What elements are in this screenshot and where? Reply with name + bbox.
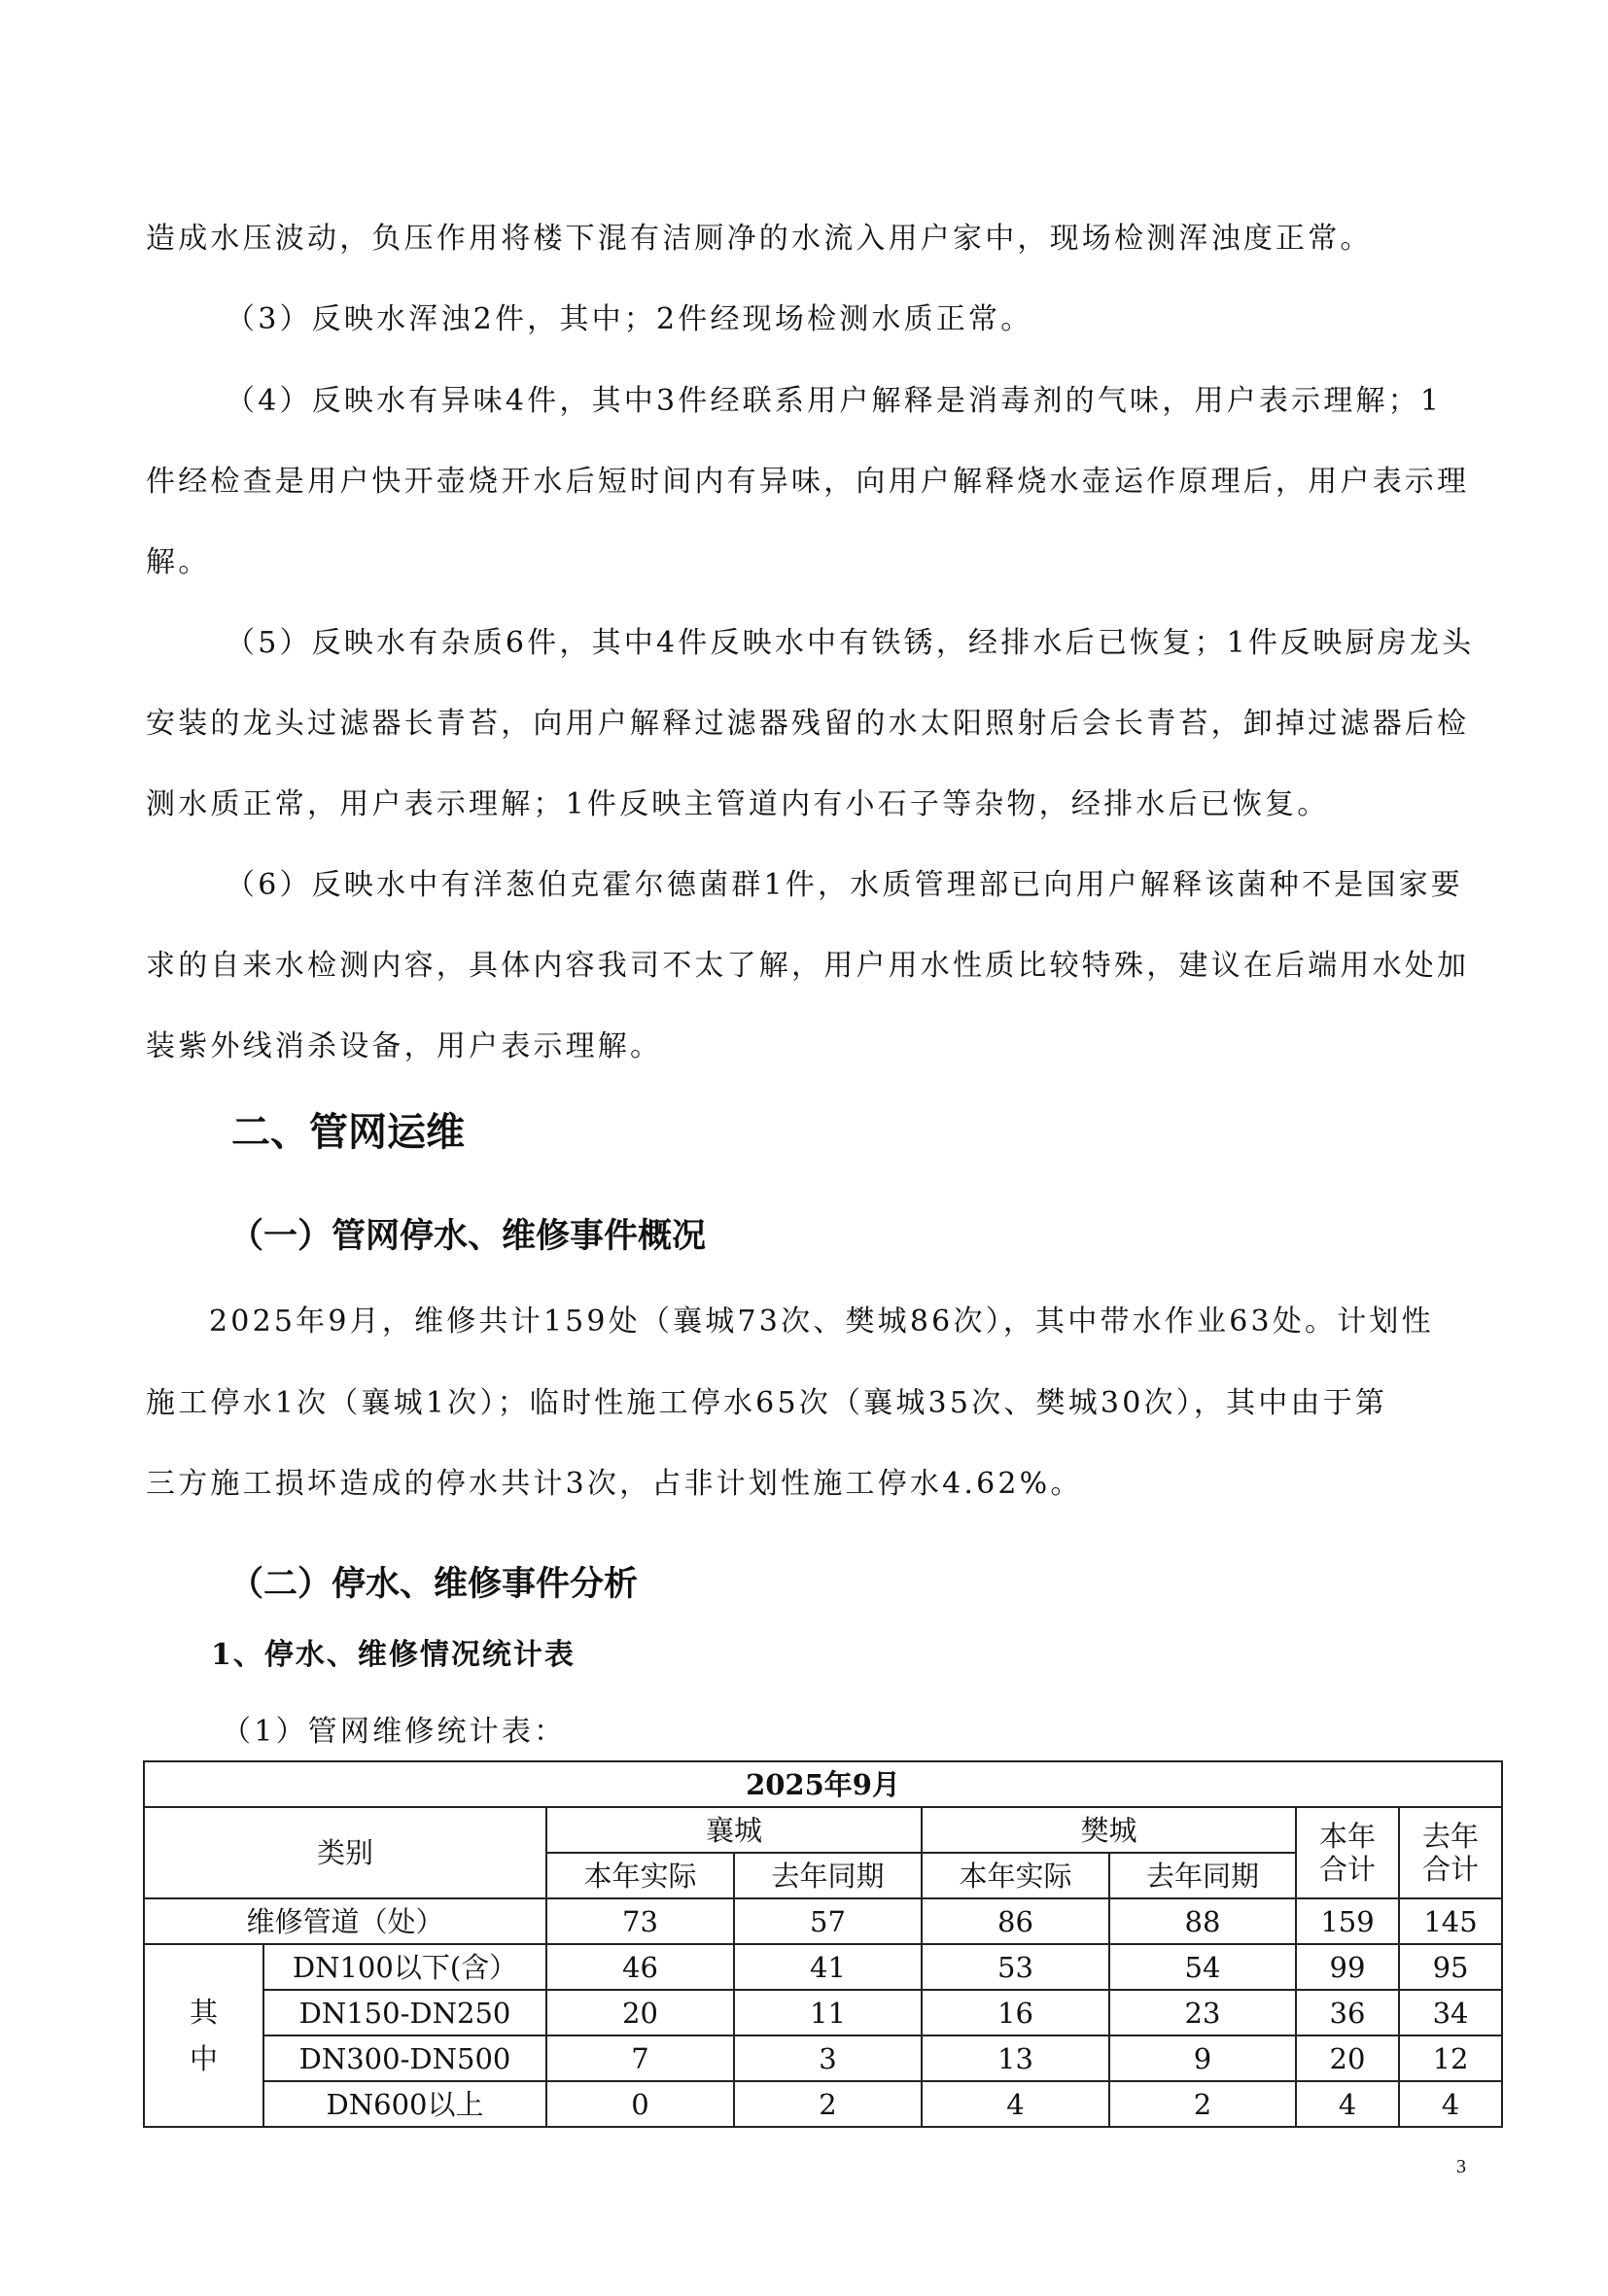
header-xc-this-year-actual: 本年实际 [546,1853,734,1898]
cell: 41 [734,1944,922,1990]
table-row: 其 中 DN100以下(含） 46 41 53 54 99 95 [144,1944,1502,1990]
cell: 145 [1399,1898,1502,1944]
table-row: DN150-DN250 20 11 16 23 36 34 [144,1990,1502,2035]
cell: 9 [1109,2035,1296,2081]
header-this-year-total: 本年 合计 [1296,1807,1399,1898]
cell: 86 [922,1898,1109,1944]
table-caption: （1）管网维修统计表： [222,1713,566,1752]
subsection-heading: （二）停水、维修事件分析 [229,1562,638,1607]
paragraph-line: 2025年9月，维修共计159处（襄城73次、樊城86次），其中带水作业63处。… [209,1303,1434,1341]
cell: 53 [922,1944,1109,1990]
header-category: 类别 [144,1807,546,1898]
cell: 11 [734,1990,922,2035]
paragraph-line: 造成水压波动，负压作用将楼下混有洁厕净的水流入用户家中，现场检测浑浊度正常。 [146,220,1373,259]
header-xc-last-year-same: 去年同期 [734,1853,922,1898]
row-label: DN300-DN500 [263,2035,546,2081]
group-label-of-which: 其 中 [144,1944,263,2127]
cell: 4 [922,2081,1109,2127]
cell: 2 [734,2081,922,2127]
header-last-year-total: 去年 合计 [1399,1807,1502,1898]
header-group-xiangcheng: 襄城 [546,1807,922,1853]
header-group-fancheng: 樊城 [922,1807,1296,1853]
paragraph-line: 装紫外线消杀设备，用户表示理解。 [146,1027,662,1066]
cell: 95 [1399,1944,1502,1990]
paragraph-line: 解。 [146,543,210,582]
paragraph-line: 件经检查是用户快开壶烧开水后短时间内有异味，向用户解释烧水壶运作原理后，用户表示… [146,463,1469,502]
paragraph-line: 求的自来水检测内容，具体内容我司不太了解，用户用水性质比较特殊，建议在后端用水处… [146,947,1469,986]
cell: 4 [1296,2081,1399,2127]
cell: 20 [1296,2035,1399,2081]
table-header-row: 类别 襄城 樊城 本年 合计 去年 合计 [144,1807,1502,1853]
section-heading: 二、管网运维 [231,1108,465,1157]
header-this-year-total-line2: 合计 [1297,1853,1398,1886]
table-row: DN300-DN500 7 3 13 9 20 12 [144,2035,1502,2081]
table-row: 维修管道（处） 73 57 86 88 159 145 [144,1898,1502,1944]
paragraph-line: 测水质正常，用户表示理解；1件反映主管道内有小石子等杂物，经排水后已恢复。 [146,785,1330,824]
cell: 0 [546,2081,734,2127]
cell: 12 [1399,2035,1502,2081]
row-label: DN100以下(含） [263,1944,546,1990]
header-fc-this-year-actual: 本年实际 [922,1853,1109,1898]
cell: 36 [1296,1990,1399,2035]
page-number: 3 [1456,2156,1466,2178]
cell: 20 [546,1990,734,2035]
cell: 57 [734,1898,922,1944]
cell: 3 [734,2035,922,2081]
table-title: 2025年9月 [144,1761,1502,1807]
header-fc-last-year-same: 去年同期 [1109,1853,1296,1898]
cell: 46 [546,1944,734,1990]
paragraph-line: （3）反映水浑浊2件，其中；2件经现场检测水质正常。 [226,300,1032,339]
table-title-row: 2025年9月 [144,1761,1502,1807]
header-last-year-total-line2: 合计 [1400,1853,1501,1886]
pipe-repair-stats-table: 2025年9月 类别 襄城 樊城 本年 合计 去年 合计 本年实际 去年同期 本… [143,1760,1503,2128]
group-label-char-2: 中 [145,2035,262,2082]
cell: 23 [1109,1990,1296,2035]
cell: 159 [1296,1898,1399,1944]
paragraph-line: 施工停水1次（襄城1次）；临时性施工停水65次（襄城35次、樊城30次），其中由… [146,1384,1387,1423]
cell: 34 [1399,1990,1502,2035]
cell: 13 [922,2035,1109,2081]
cell: 4 [1399,2081,1502,2127]
row-label: 维修管道（处） [144,1898,546,1944]
cell: 99 [1296,1944,1399,1990]
row-label: DN150-DN250 [263,1990,546,2035]
subsection-heading: （一）管网停水、维修事件概况 [229,1214,706,1259]
paragraph-line: 三方施工损坏造成的停水共计3次，占非计划性施工停水4.62%。 [146,1465,1083,1504]
cell: 73 [546,1898,734,1944]
cell: 16 [922,1990,1109,2035]
cell: 54 [1109,1944,1296,1990]
header-this-year-total-line1: 本年 [1297,1820,1398,1853]
paragraph-line: （5）反映水有杂质6件，其中4件反映水中有铁锈，经排水后已恢复；1件反映厨房龙头 [226,624,1474,663]
cell: 2 [1109,2081,1296,2127]
cell: 7 [546,2035,734,2081]
paragraph-line: （6）反映水中有洋葱伯克霍尔德菌群1件，水质管理部已向用户解释该菌种不是国家要 [226,866,1463,905]
item-heading: 1、停水、维修情况统计表 [211,1636,576,1675]
paragraph-line: （4）反映水有异味4件，其中3件经联系用户解释是消毒剂的气味，用户表示理解；1 [226,382,1442,421]
group-label-char-1: 其 [145,1989,262,2035]
cell: 88 [1109,1898,1296,1944]
table-row: DN600以上 0 2 4 2 4 4 [144,2081,1502,2127]
row-label: DN600以上 [263,2081,546,2127]
paragraph-line: 安装的龙头过滤器长青苔，向用户解释过滤器残留的水太阳照射后会长青苔，卸掉过滤器后… [146,705,1469,744]
header-last-year-total-line1: 去年 [1400,1820,1501,1853]
